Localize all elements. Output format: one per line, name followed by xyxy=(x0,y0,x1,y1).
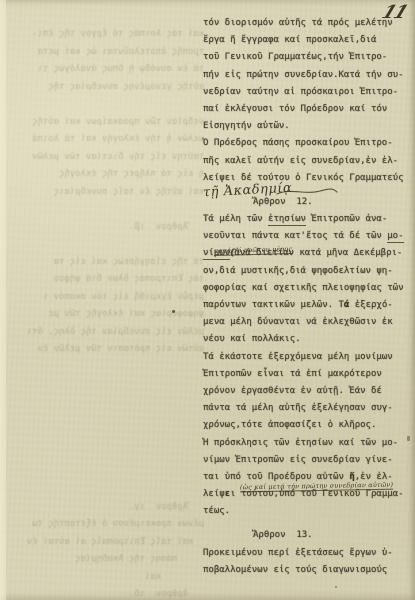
typed-line: Ἡ πρόσκλησις τῶν ἐτησίων καί τῶν μο- xyxy=(203,435,413,452)
bleedthrough-line: τά ἐν συνόδῳ ἡ ὅπως ἀναλόγως τι xyxy=(2,61,204,79)
typed-text: Προκειμένου περί ἐξετάσεως ἔργων ὑ- xyxy=(203,548,393,558)
typed-line: νίμων Ἐπιτροπῶν εἰς συνεδρίαν γίνε- xyxy=(203,452,413,469)
bleedthrough-line: καί ταῖς Ἐπιτροπαῖς αἱ αὐταί ἐν xyxy=(2,534,204,552)
typed-text: τέως. xyxy=(203,506,230,516)
typed-line: τοῦ Γενικοῦ Γραμματέως,τήν Ἐπιτρο- xyxy=(203,49,413,66)
typed-line: Τά ἑκάστοτε ἐξερχόμενα μέλη μονίμων xyxy=(203,349,413,366)
typed-text: λείψει δέ τούτου ὁ Γενικός Γραμματεύς xyxy=(203,173,403,183)
typed-text: ται ὑπό τοῦ Προέδρου αὐτῶν xyxy=(203,472,349,482)
bleedthrough-line: ταύτην εἰς τήν διετίαν τῶν μελῶν xyxy=(2,149,204,167)
typed-text: φοφορίας καί σχετικῆς πλειοψηφίας τῶν xyxy=(203,283,403,293)
typed-text: μενα μέλη δύνανται νά ἐκλεχθῶσιν ἐκ xyxy=(203,317,393,327)
typed-line: Ἐπιτροπῶν εἶναι τά ἐπί μακρότερον xyxy=(203,366,413,383)
bleedthrough-line xyxy=(2,446,204,464)
typed-line: Τά μέλη τῶν ἐτησίων Ἐπιτροπῶν ἀνα- xyxy=(203,211,413,228)
bleedthrough-line: ἡ εἰς τό πλῆρες τῆς ἐκλογῆς xyxy=(2,166,204,184)
typed-text: Ἡ πρόσκλησις τῶν ἐτησίων καί τῶν μο- xyxy=(203,438,398,448)
typed-line: χρόνον ἐργασθέντα ἐν αὐτῇ. Ἐάν δέ xyxy=(203,383,413,400)
bleedthrough-line: καί τάς λοιπάς τό ἔργον τῆς ἐπι- xyxy=(2,26,204,44)
bleedthrough-line: καί xyxy=(2,569,204,587)
bleedthrough-line xyxy=(2,236,204,254)
bleedthrough-line xyxy=(2,429,204,447)
typed-text: Ἐπιτροπῶν εἶναι τά ἐπί μακρότερον xyxy=(203,369,382,379)
bleedthrough-line: ψηφοφορίας καί ἐκλογῆς τῶν με xyxy=(2,306,204,324)
bleedthrough-line: τάς Ἐπιτροπάς ὅλων διά ψήφου xyxy=(2,271,204,289)
typed-text: νεοῦνται πάντα κατ'ἔτος τά δέ τῶν xyxy=(203,231,387,241)
typed-text-column: τόν διορισμόν αὐτῆς τά πρός μελέτηνἔργα … xyxy=(203,15,413,579)
bleedthrough-line xyxy=(2,96,204,114)
bleedthrough-line xyxy=(2,411,204,429)
typed-line: ἔργα ἤ ἔγγραφα καί προσκαλεῖ,διά xyxy=(203,32,413,49)
typed-line: πάντα τά μέλη αὐτῆς ἐξελέγησαν συγ- xyxy=(203,400,413,417)
typed-line: νεδρίαν ταύτην αἱ πρόσκαιροι Ἐπιτρο- xyxy=(203,84,413,101)
bleedthrough-line xyxy=(2,464,204,482)
bleedthrough-line xyxy=(2,359,204,377)
typed-text: χρόνον ἐργασθέντα ἐν αὐτῇ. Ἐάν δέ xyxy=(203,386,382,396)
bleedthrough-line xyxy=(2,201,204,219)
bleedthrough-line: νεδρίαν τῶν προσκαίρων καί αὐτῆς xyxy=(2,114,204,132)
bleedthrough-line: αὐτῆς γενομένης συνεδρίας τῆς xyxy=(2,79,204,97)
typed-line: τόν διορισμόν αὐτῆς τά πρός μελέτην xyxy=(203,15,413,32)
bleedthrough-line: ἄρθρον ιδ. xyxy=(2,586,204,600)
typed-text: ποβαλλομένων εἰς τούς διαγωνισμούς xyxy=(203,565,387,575)
bleedthrough-line: πάσης τῆς Ἀκαδημίας xyxy=(2,551,204,569)
typed-line: νέου καί πολλάκις. xyxy=(203,331,413,348)
bleedthrough-text: καί τάς λοιπάς τό ἔργον τῆς ἐπι-τροπῆς ἀ… xyxy=(2,26,204,600)
document-page: καί τάς λοιπάς τό ἔργον τῆς ἐπι-τροπῆς ἀ… xyxy=(0,0,415,600)
typed-line: Εἰσηγητήν αὐτῶν. xyxy=(203,118,413,135)
typed-text: τοῦ Γενικοῦ Γραμματέως,τήν Ἐπιτρο- xyxy=(203,52,387,62)
bleedthrough-line: τροπῆς ἀποτελοῦνται ὡς καί μετα xyxy=(2,44,204,62)
typed-text: Ἄρθρον 12. xyxy=(253,197,313,207)
bleedthrough-line: μελῶν εἰς συνεδρίαν τῆς ὅλης, ὅτι xyxy=(2,324,204,342)
typed-line: χρόνως,τότε ἀποφασίζει ὁ κλῆρος. xyxy=(203,417,413,434)
typed-text: ἔργα ἤ ἔγγραφα καί προσκαλεῖ,διά xyxy=(203,35,376,45)
typed-text: πῆς καλεῖ αὐτήν εἰς συνεδρίαν,ἐν ἐλ- xyxy=(203,156,398,166)
ink-speck xyxy=(172,310,175,313)
typed-text: λείψ xyxy=(203,489,225,499)
underlined-text: ἐτησίων xyxy=(268,214,306,226)
bleedthrough-line xyxy=(2,394,204,412)
typed-line: πήν εἰς πρώτην συνεδρίαν.Κατά τήν συ- xyxy=(203,67,413,84)
typed-line: πῆς καλεῖ αὐτήν εἰς συνεδρίαν,ἐν ἐλ- xyxy=(203,153,413,170)
typed-text: Ὁ Πρόεδρος πάσης προσκαίρου Ἐπιτρο- xyxy=(203,138,393,148)
typed-text: παρόντων τακτικῶν μελῶν. Τ xyxy=(203,300,344,310)
bleedthrough-line: Ἄρθρον ιγ. xyxy=(2,499,204,517)
bleedthrough-line: αὐτῶν εἰς πρότασιν τῶν μελῶν ἐν xyxy=(2,341,204,359)
typed-text: χρόνως,τότε ἀποφασίζει ὁ κλῆρος. xyxy=(203,420,376,430)
typed-text: ον,διά μυστικῆς,διά ψηφοδελτίων ψη- xyxy=(203,266,393,276)
typed-text: Τά ἑκάστοτε ἐξερχόμενα μέλη μονίμων xyxy=(203,352,393,362)
typed-line: φοφορίας καί σχετικῆς πλειοψηφίας τῶν xyxy=(203,280,413,297)
ink-speck xyxy=(335,586,337,588)
typed-line: ποβαλλομένων εἰς τούς διαγωνισμούς xyxy=(203,562,413,579)
typed-line: ον,διά μυστικῆς,διά ψηφοδελτίων ψη- xyxy=(203,263,413,280)
typed-text: νίμων Ἐπιτροπῶν εἰς συνεδρίαν γίνε- xyxy=(203,455,393,465)
typed-text: παί ἐκλέγουσι τόν Πρόεδρον καί τόν xyxy=(203,104,387,114)
bleedthrough-line: καί αὐτῆς ἐν ταῖς συνεδρίαις xyxy=(2,184,204,202)
bleedthrough-line: μερῶν ἐγκριθῆ εἰς τόν σκοπόν ι xyxy=(2,289,204,307)
typed-line: Προκειμένου περί ἐξετάσεως ἔργων ὑ- xyxy=(203,545,413,562)
typed-text: νέου καί πολλάκις. xyxy=(203,334,301,344)
typed-line: νεοῦνται πάντα κατ'ἔτος τά δέ τῶν μο- xyxy=(203,228,413,245)
typed-text: πάντα τά μέλη αὐτῆς ἐξελέγησαν συγ- xyxy=(203,403,393,413)
typed-text: ἐξερχό- xyxy=(349,300,392,310)
typed-line: παί ἐκλέγουσι τόν Πρόεδρον καί τόν xyxy=(203,101,413,118)
bleedthrough-line: Ἄρθρον ιβ. xyxy=(2,219,204,237)
typed-text: Ἐπιτροπῶν ἀνα- xyxy=(306,214,387,224)
typed-line: μενα μέλη δύνανται νά ἐκλεχθῶσιν ἐκ xyxy=(203,314,413,331)
article-heading-line: Ἄρθρον 13. xyxy=(203,527,413,544)
bleedthrough-line xyxy=(2,376,204,394)
ink-speck xyxy=(407,436,410,441)
typed-text: Εἰσηγητήν αὐτῶν. xyxy=(203,121,290,131)
typed-line: τέως. xyxy=(203,503,413,520)
typed-line: παρόντων τακτικῶν μελῶν. Τά ἐξερχό- xyxy=(203,297,413,314)
typed-text: πήν εἰς πρώτην συνεδρίαν.Κατά τήν συ- xyxy=(203,70,403,80)
typed-line: Ὁ Πρόεδρος πάσης προσκαίρου Ἐπιτρο- xyxy=(203,135,413,152)
typed-text: Τά μέλη τῶν xyxy=(203,214,268,224)
bleedthrough-line: μελῶν ἡ τήν ἐκλογήν καί τά λοιπά xyxy=(2,131,204,149)
typed-text: νεδρίαν ταύτην αἱ πρόσκαιροι Ἐπιτρο- xyxy=(203,87,398,97)
bleedthrough-line xyxy=(2,481,204,499)
handwritten-flourish xyxy=(276,186,338,198)
bleedthrough-line: τά τῆς εἰσηγήσεως καί εἰς τα xyxy=(2,254,204,272)
underlined-text: μο- xyxy=(387,231,403,243)
bleedthrough-line: μένων προκειμένου ὁ ἐξεταστής τω xyxy=(2,516,204,534)
typed-text: τόν διορισμόν αὐτῆς τά πρός μελέτην xyxy=(203,18,393,28)
typed-text: Ἄρθρον 13. xyxy=(253,530,313,540)
